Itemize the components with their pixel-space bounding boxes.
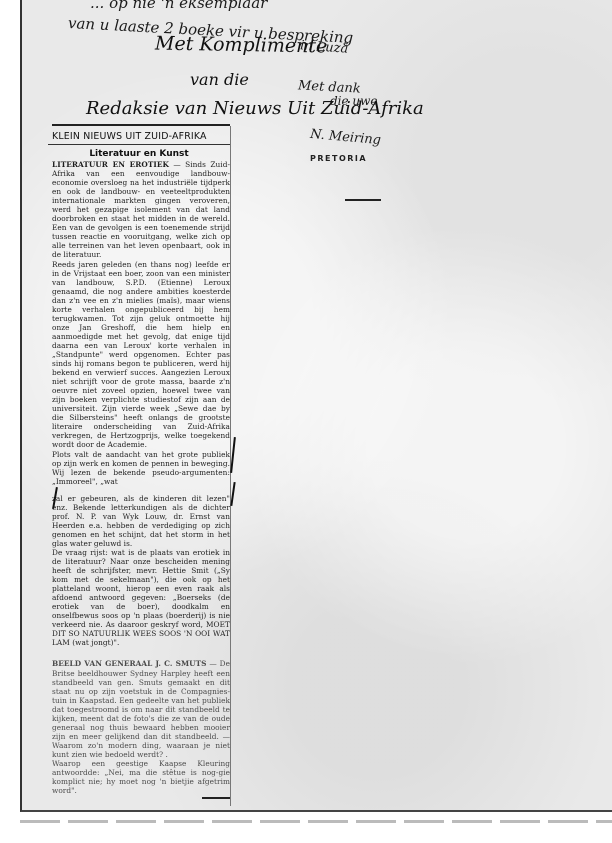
newspaper-clipping: KLEIN NIEUWS UIT ZUID-AFRIKA Literatuur … xyxy=(48,126,231,806)
clipping-gap xyxy=(48,486,230,494)
article-lead: LITERATUUR EN EROTIEK xyxy=(52,160,169,169)
location-label: PRETORIA xyxy=(310,154,367,163)
article-paragraph: BEELD VAN GENERAAL J. C. SMUTS — De Brit… xyxy=(52,659,230,759)
article-text: — Sinds Zuid-Afrika van een eenvoudige l… xyxy=(52,160,230,259)
divider-rule xyxy=(345,199,381,201)
article-end-rule xyxy=(202,797,230,799)
article-separator xyxy=(48,647,230,659)
compliments-line-2: van die xyxy=(190,70,249,89)
article-paragraph: Reeds jaren geleden (en thans nog) leefd… xyxy=(52,260,230,450)
section-title: Literatuur en Kunst xyxy=(48,149,230,159)
compliments-line-1: Met Komplimente xyxy=(155,32,328,57)
handwritten-note-line-1: ... op nie 'n eksemplaar xyxy=(90,0,267,12)
article-lead: BEELD VAN GENERAAL J. C. SMUTS xyxy=(52,659,206,668)
article-text: — De Britse beeldhouwer Sydney Harpley h… xyxy=(52,659,230,758)
clipping-header: KLEIN NIEUWS UIT ZUID-AFRIKA xyxy=(48,126,230,145)
compliments-line-3: Redaksie van Nieuws Uit Zuid-Afrika xyxy=(86,98,424,119)
article-paragraph: Waarop een geestige Kaapse Kleuring antw… xyxy=(52,759,230,795)
article-paragraph: Plots valt de aandacht van het grote pub… xyxy=(52,450,230,486)
article-paragraph: zal er gebeuren, als de kinderen dit lez… xyxy=(52,494,230,548)
article-paragraph: De vraag rijst: wat is de plaats van ero… xyxy=(52,548,230,648)
article-paragraph: LITERATUUR EN EROTIEK — Sinds Zuid-Afrik… xyxy=(52,160,230,260)
scan-edge-strip xyxy=(20,820,612,823)
